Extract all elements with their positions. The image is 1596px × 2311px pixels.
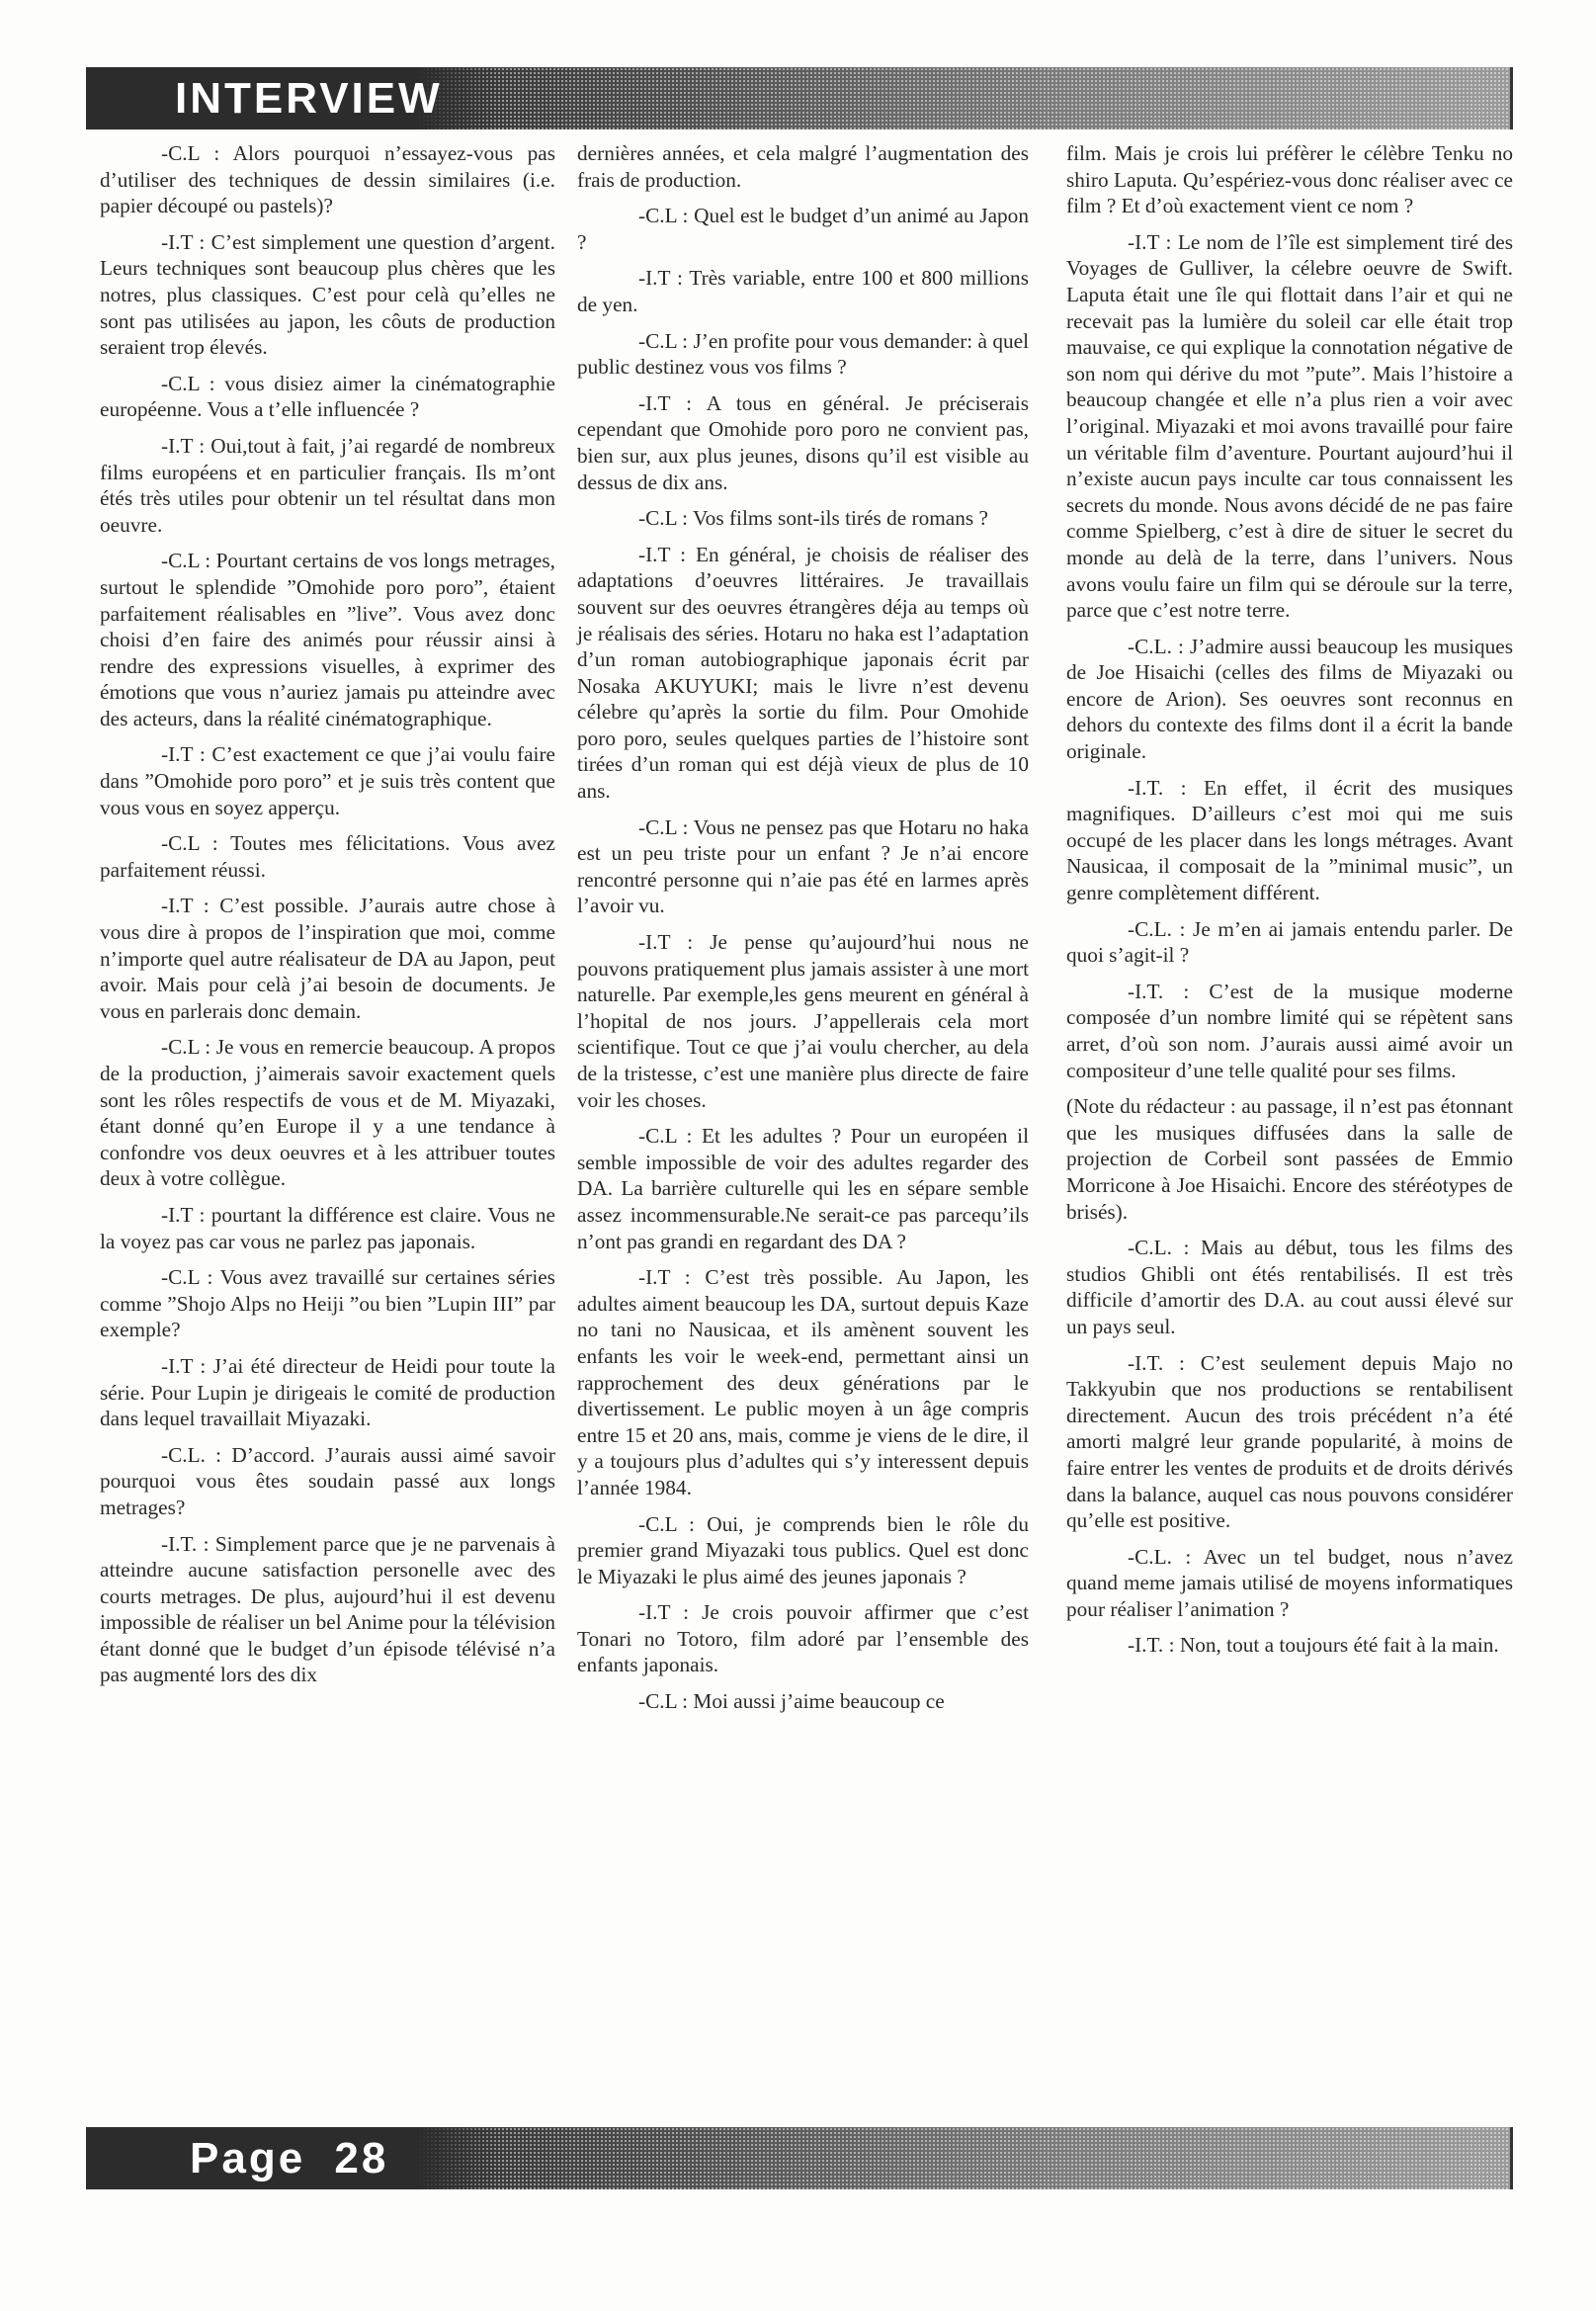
paragraph: -C.L : Je vous en remercie beaucoup. A p… bbox=[100, 1034, 555, 1192]
speaker-label: -C.L. : bbox=[161, 1443, 221, 1467]
paragraph: -C.L : Alors pourquoi n’essayez-vous pas… bbox=[100, 140, 555, 219]
paragraph: -C.L : Quel est le budget d’un animé au … bbox=[577, 203, 1029, 255]
speaker-label: -I.T : bbox=[161, 434, 205, 458]
page-number: Page 28 bbox=[190, 2133, 388, 2184]
paragraph-text: Vos films sont-ils tirés de romans ? bbox=[693, 506, 988, 530]
speaker-label: -I.T. : bbox=[1128, 776, 1187, 800]
paragraph: -I.T : C’est très possible. Au Japon, le… bbox=[577, 1264, 1029, 1500]
paragraph: -I.T : C’est simplement une question d’a… bbox=[100, 229, 555, 361]
paragraph: -I.T : En général, je choisis de réalise… bbox=[577, 542, 1029, 805]
paragraph: -I.T : Oui,tout à fait, j’ai regardé de … bbox=[100, 433, 555, 538]
speaker-label: -I.T. : bbox=[1128, 980, 1189, 1003]
speaker-label: -I.T. : bbox=[161, 1532, 210, 1556]
speaker-label: -I.T. : bbox=[1128, 1351, 1185, 1375]
speaker-label: -C.L : bbox=[638, 506, 688, 530]
speaker-label: -C.L. : bbox=[1128, 635, 1184, 658]
editor-note: (Note du rédacteur : au passage, il n’es… bbox=[1066, 1093, 1513, 1225]
paragraph-text: film. Mais je crois lui préfèrer le célè… bbox=[1066, 141, 1513, 217]
paragraph: -I.T : Je crois pouvoir affirmer que c’e… bbox=[577, 1599, 1029, 1678]
page-footer-banner: Page 28 bbox=[86, 2127, 1513, 2189]
paragraph: -C.L : Moi aussi j’aime beaucoup ce bbox=[577, 1688, 1029, 1715]
paragraph: -I.T : Je pense qu’aujourd’hui nous ne p… bbox=[577, 929, 1029, 1113]
paragraph-text: En général, je choisis de réaliser des a… bbox=[577, 543, 1029, 803]
paragraph: -I.T : C’est possible. J’aurais autre ch… bbox=[100, 893, 555, 1024]
speaker-label: -C.L : bbox=[638, 204, 688, 227]
paragraph: -C.L. : Mais au début, tous les films de… bbox=[1066, 1235, 1513, 1339]
speaker-label: -C.L : bbox=[638, 1124, 692, 1148]
speaker-label: -I.T : bbox=[161, 894, 210, 917]
speaker-label: -I.T : bbox=[1128, 230, 1171, 254]
paragraph-text: C’est seulement depuis Majo no Takkyubin… bbox=[1066, 1351, 1513, 1533]
speaker-label: -C.L : bbox=[161, 1265, 212, 1289]
speaker-label: -C.L : bbox=[638, 1512, 695, 1536]
paragraph: -I.T. : Simplement parce que je ne parve… bbox=[100, 1531, 555, 1689]
paragraph: -C.L : J’en profite pour vous demander: … bbox=[577, 328, 1029, 381]
paragraph: -C.L : Oui, je comprends bien le rôle du… bbox=[577, 1511, 1029, 1590]
paragraph-text: Pourtant certains de vos longs metrages,… bbox=[100, 549, 555, 730]
text-column-2: dernières années, et cela malgré l’augme… bbox=[577, 140, 1029, 1725]
paragraph: -C.L. : J’admire aussi beaucoup les musi… bbox=[1066, 634, 1513, 765]
paragraph: -C.L : Et les adultes ? Pour un européen… bbox=[577, 1123, 1029, 1254]
speaker-label: -C.L : bbox=[161, 372, 215, 395]
paragraph-continued: film. Mais je crois lui préfèrer le célè… bbox=[1066, 140, 1513, 219]
paragraph: -I.T : C’est exactement ce que j’ai voul… bbox=[100, 741, 555, 820]
paragraph: -I.T : pourtant la différence est claire… bbox=[100, 1202, 555, 1254]
paragraph: -C.L. : Avec un tel budget, nous n’avez … bbox=[1066, 1544, 1513, 1623]
speaker-label: -C.L : bbox=[161, 141, 219, 165]
section-header-banner: INTERVIEW bbox=[86, 67, 1513, 129]
speaker-label: -I.T : bbox=[638, 391, 692, 415]
speaker-label: -C.L : bbox=[638, 1689, 688, 1713]
speaker-label: -I.T : bbox=[638, 543, 686, 566]
paragraph-continued: dernières années, et cela malgré l’augme… bbox=[577, 140, 1029, 193]
paragraph: -C.L : Vos films sont-ils tirés de roman… bbox=[577, 505, 1029, 532]
paragraph-text: Moi aussi j’aime beaucoup ce bbox=[693, 1689, 944, 1713]
paragraph: -C.L. : D’accord. J’aurais aussi aimé sa… bbox=[100, 1442, 555, 1521]
paragraph: -I.T. : En effet, il écrit des musiques … bbox=[1066, 775, 1513, 906]
speaker-label: -C.L. : bbox=[1128, 1236, 1189, 1259]
speaker-label: -C.L : bbox=[161, 831, 218, 855]
paragraph: -C.L : vous disiez aimer la cinématograp… bbox=[100, 371, 555, 423]
speaker-label: -I.T. : bbox=[1128, 1633, 1175, 1657]
speaker-label: -I.T : bbox=[161, 1354, 206, 1378]
paragraph: -I.T : A tous en général. Je préciserais… bbox=[577, 390, 1029, 495]
paragraph-text: (Note du rédacteur : au passage, il n’es… bbox=[1066, 1094, 1513, 1223]
speaker-label: -C.L : bbox=[161, 549, 210, 572]
speaker-label: -I.T : bbox=[638, 1600, 689, 1624]
paragraph-text: Le nom de l’île est simplement tiré des … bbox=[1066, 230, 1513, 622]
text-column-3: film. Mais je crois lui préfèrer le célè… bbox=[1066, 140, 1513, 1669]
paragraph-text: Non, tout a toujours été fait à la main. bbox=[1180, 1633, 1499, 1657]
paragraph: -I.T : Très variable, entre 100 et 800 m… bbox=[577, 265, 1029, 317]
paragraph: -I.T. : Non, tout a toujours été fait à … bbox=[1066, 1632, 1513, 1659]
speaker-label: -C.L : bbox=[638, 329, 688, 353]
speaker-label: -C.L : bbox=[161, 1035, 210, 1059]
paragraph: -C.L : Vous avez travaillé sur certaines… bbox=[100, 1264, 555, 1343]
paragraph: -I.T. : C’est seulement depuis Majo no T… bbox=[1066, 1350, 1513, 1534]
paragraph: -C.L. : Je m’en ai jamais entendu parler… bbox=[1066, 916, 1513, 969]
paragraph: -I.T. : C’est de la musique moderne comp… bbox=[1066, 979, 1513, 1083]
speaker-label: -I.T : bbox=[161, 1203, 205, 1227]
paragraph-text: Je pense qu’aujourd’hui nous ne pouvons … bbox=[577, 930, 1029, 1112]
paragraph: -C.L : Toutes mes félicitations. Vous av… bbox=[100, 830, 555, 883]
paragraph: -C.L : Vous ne pensez pas que Hotaru no … bbox=[577, 814, 1029, 919]
speaker-label: -I.T : bbox=[638, 930, 693, 954]
speaker-label: -C.L. : bbox=[1128, 1545, 1191, 1569]
paragraph: -I.T : Le nom de l’île est simplement ti… bbox=[1066, 229, 1513, 624]
speaker-label: -C.L. : bbox=[1128, 917, 1185, 941]
paragraph: -I.T : J’ai été directeur de Heidi pour … bbox=[100, 1353, 555, 1432]
section-title: INTERVIEW bbox=[175, 73, 443, 125]
speaker-label: -I.T : bbox=[161, 230, 205, 254]
paragraph: -C.L : Pourtant certains de vos longs me… bbox=[100, 548, 555, 731]
text-column-1: -C.L : Alors pourquoi n’essayez-vous pas… bbox=[100, 140, 555, 1698]
paragraph-text: dernières années, et cela malgré l’augme… bbox=[577, 141, 1029, 192]
speaker-label: -C.L : bbox=[638, 815, 688, 839]
speaker-label: -I.T : bbox=[638, 266, 683, 290]
speaker-label: -I.T : bbox=[638, 1265, 691, 1289]
paragraph-text: C’est très possible. Au Japon, les adult… bbox=[577, 1265, 1029, 1499]
speaker-label: -I.T : bbox=[161, 742, 206, 766]
